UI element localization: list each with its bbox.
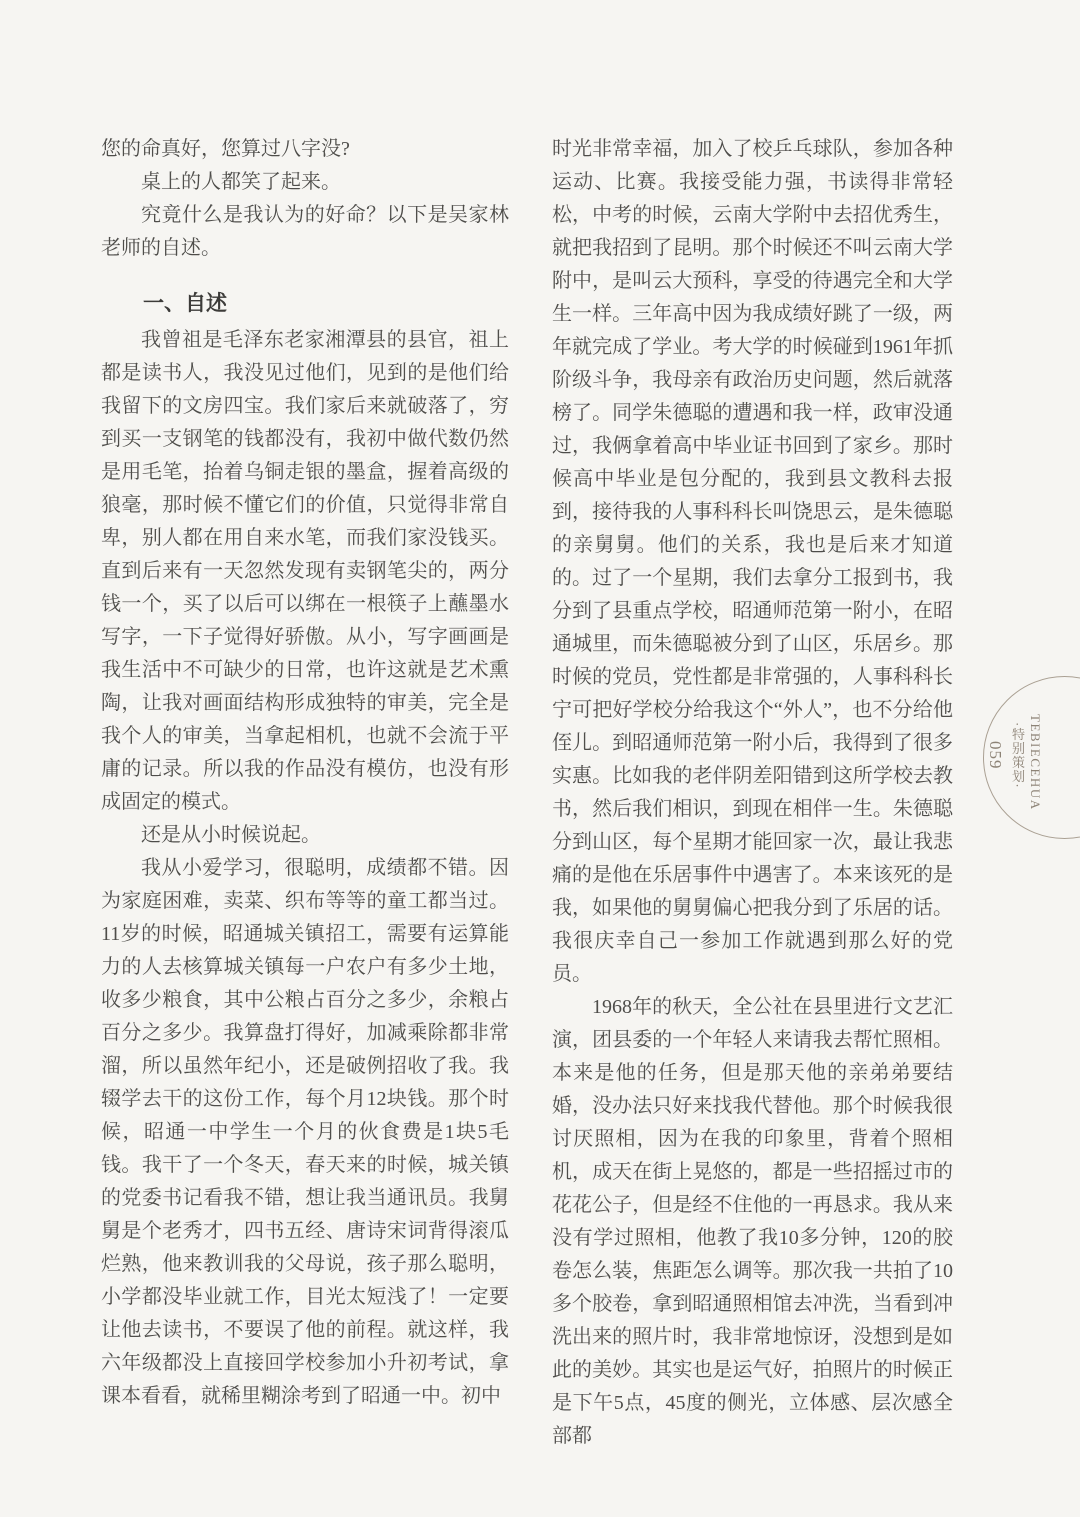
paragraph: 桌上的人都笑了起来。 — [101, 166, 509, 199]
paragraph: 我曾祖是毛泽东老家湘潭县的县官，祖上都是读书人，我没见过他们，见到的是他们给我留… — [101, 324, 509, 819]
magazine-page: 您的命真好，您算过八字没?桌上的人都笑了起来。究竟什么是我认为的好命？以下是吴家… — [0, 0, 1080, 1517]
paragraph: 还是从小时候说起。 — [101, 819, 509, 852]
paragraph: 1968年的秋天，全公社在县里进行文艺汇演，团县委的一个年轻人来请我去帮忙照相。… — [552, 991, 953, 1453]
paragraph: 究竟什么是我认为的好命？以下是吴家林老师的自述。 — [101, 199, 509, 265]
section-marker-latin-label: TEBIECEHUA — [1027, 714, 1043, 811]
paragraph: 我从小爱学习，很聪明，成绩都不错。因为家庭困难，卖菜、织布等等的童工都当过。11… — [101, 852, 509, 1413]
paragraph: 您的命真好，您算过八字没? — [101, 133, 509, 166]
paragraph: 时光非常幸福，加入了校乒乓球队，参加各种运动、比赛。我接受能力强，书读得非常轻松… — [552, 133, 953, 991]
page-number: 059 — [985, 741, 1005, 770]
left-text-column: 您的命真好，您算过八字没?桌上的人都笑了起来。究竟什么是我认为的好命？以下是吴家… — [101, 133, 509, 1413]
section-marker-cn-label: ·特别策划· — [1008, 722, 1027, 789]
right-text-column: 时光非常幸福，加入了校乒乓球队，参加各种运动、比赛。我接受能力强，书读得非常轻松… — [552, 133, 953, 1453]
section-heading: 一、自述 — [101, 287, 509, 320]
